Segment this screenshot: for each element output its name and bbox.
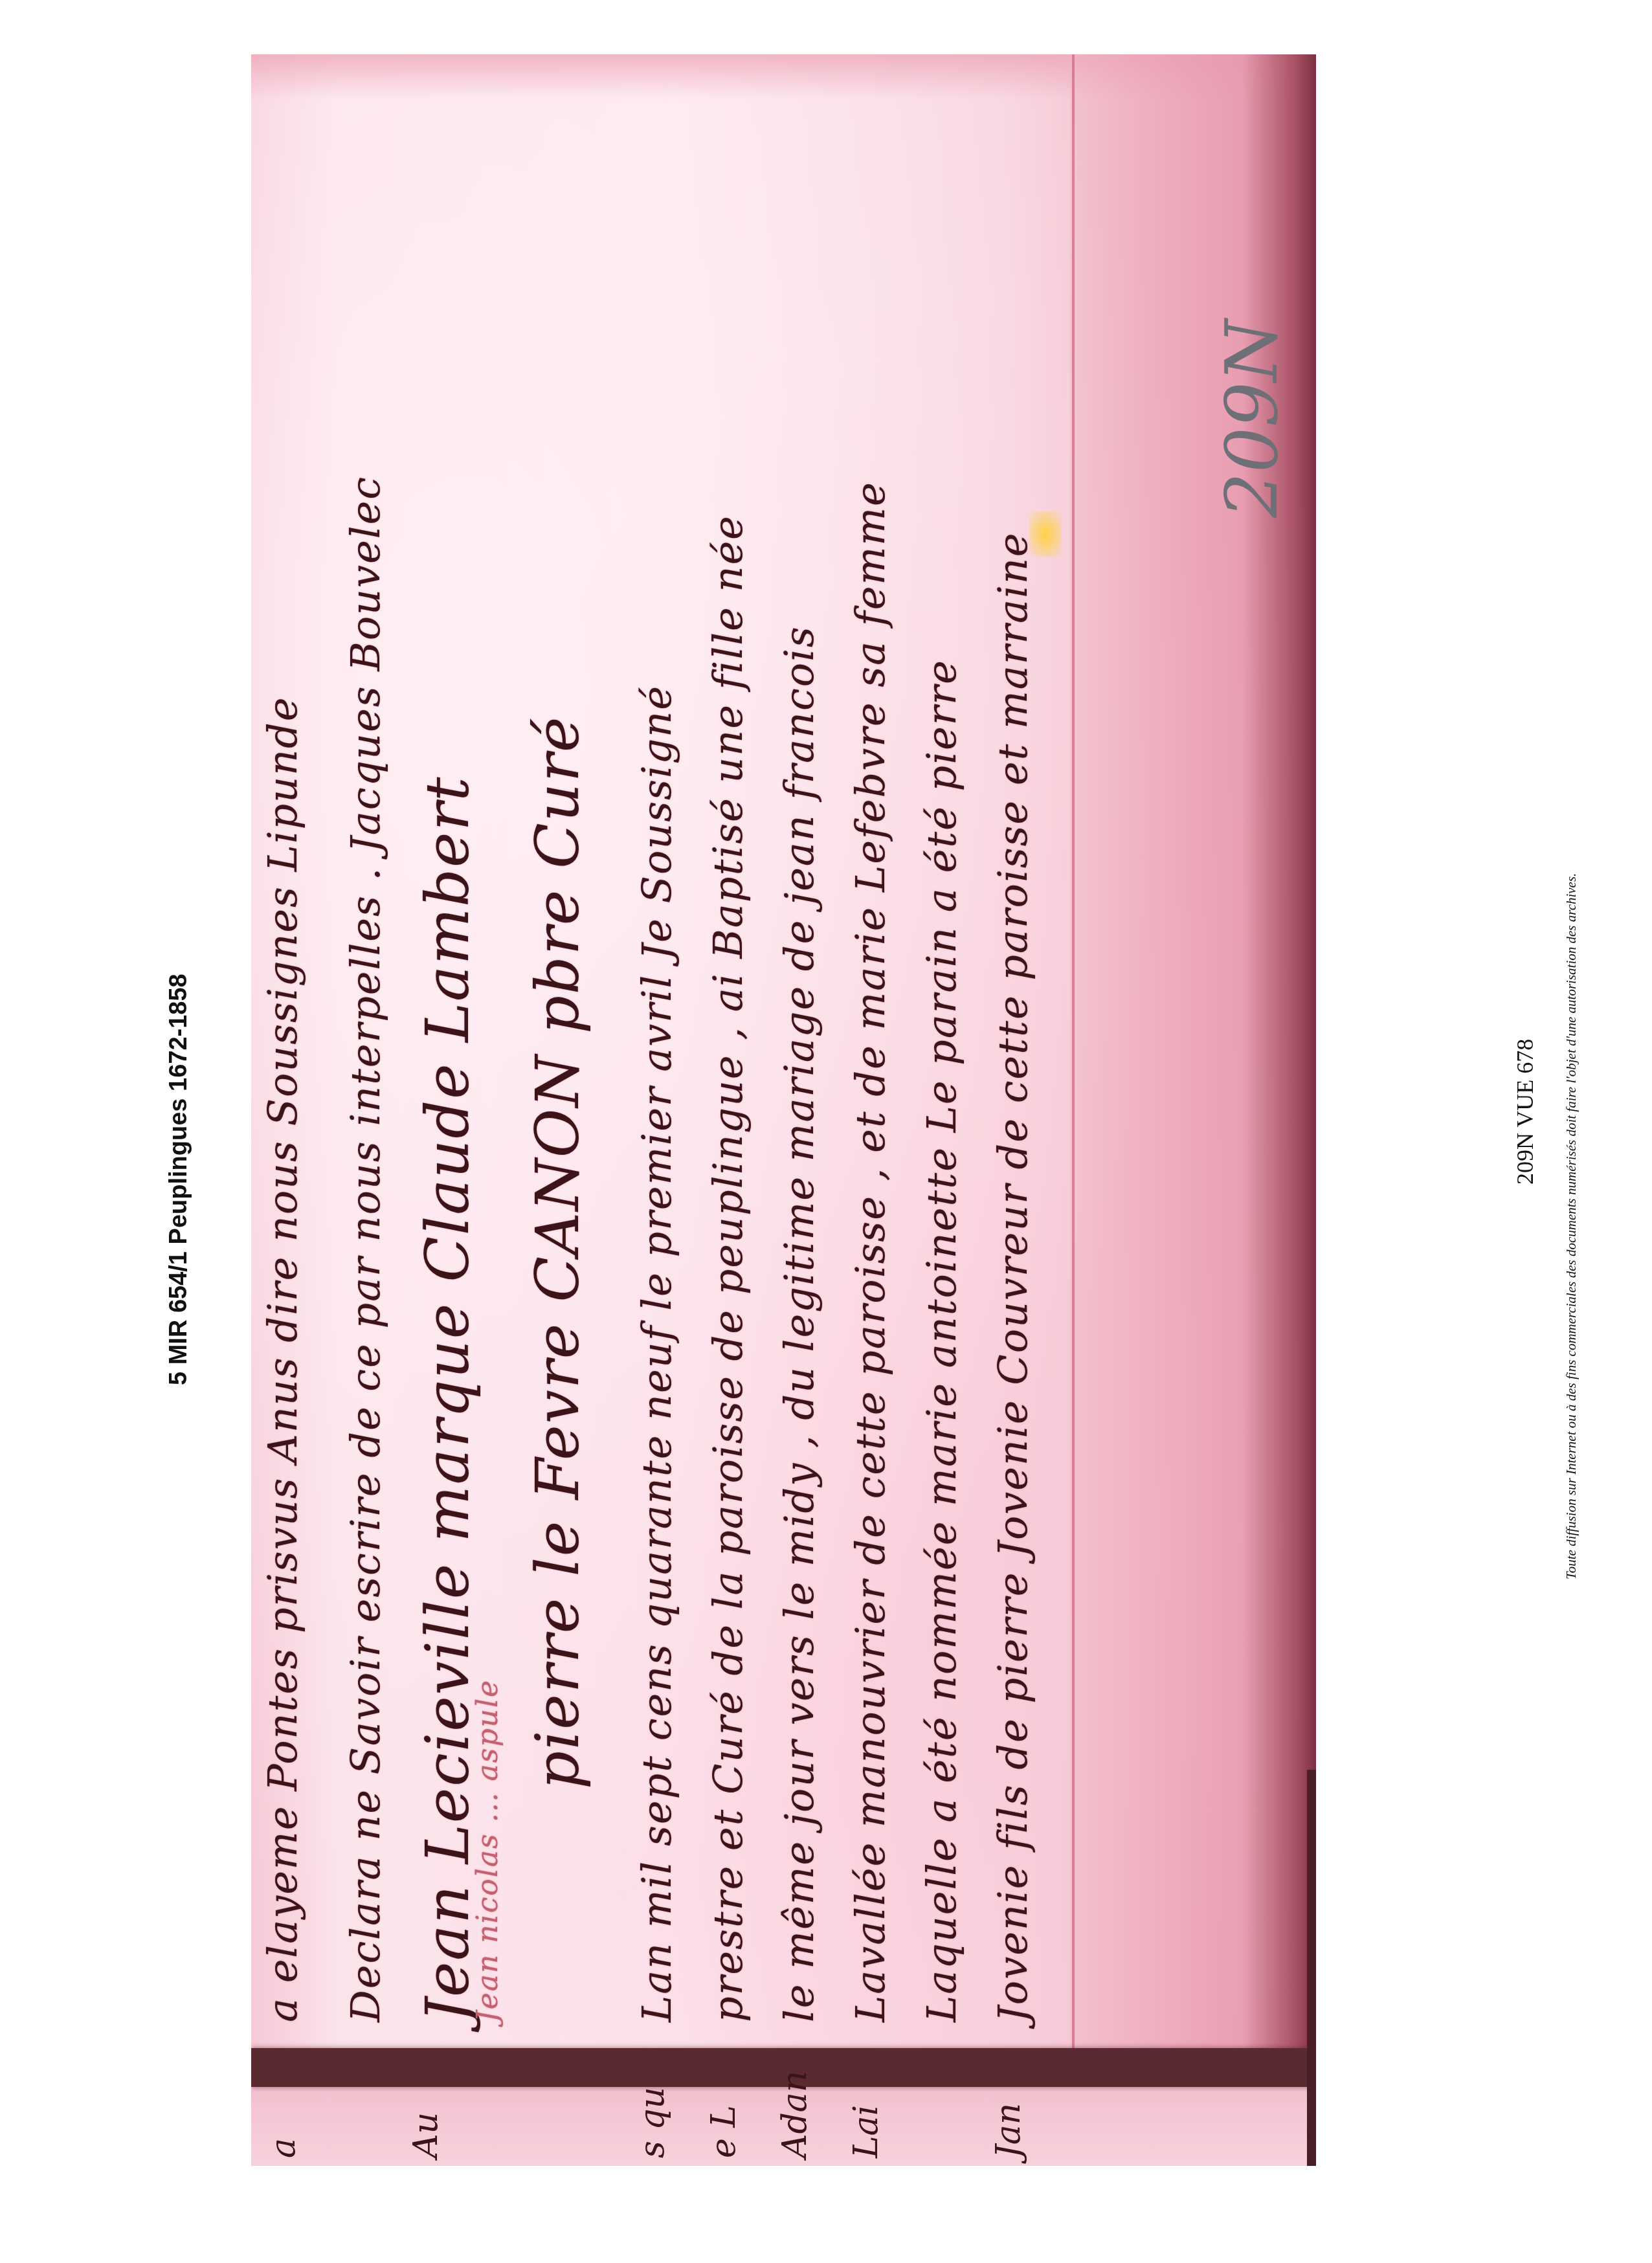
scanned-register-page: a elayeme Pontes prisvus Anus dire nous …	[251, 54, 1316, 2166]
margin-rule-line	[1072, 54, 1075, 2166]
binding-edge	[1307, 1770, 1316, 2166]
yellow-highlight-stain	[1029, 511, 1062, 557]
copyright-disclaimer-text: Toute diffusion sur Internet ou à des fi…	[1563, 873, 1579, 1579]
pencil-annotation-text: 209N	[1211, 320, 1293, 518]
register-title-text: 5 MIR 654/1 Peuplingues 1672-1858	[165, 974, 193, 1385]
view-reference-text: 209N VUE 678	[1512, 1039, 1539, 1185]
